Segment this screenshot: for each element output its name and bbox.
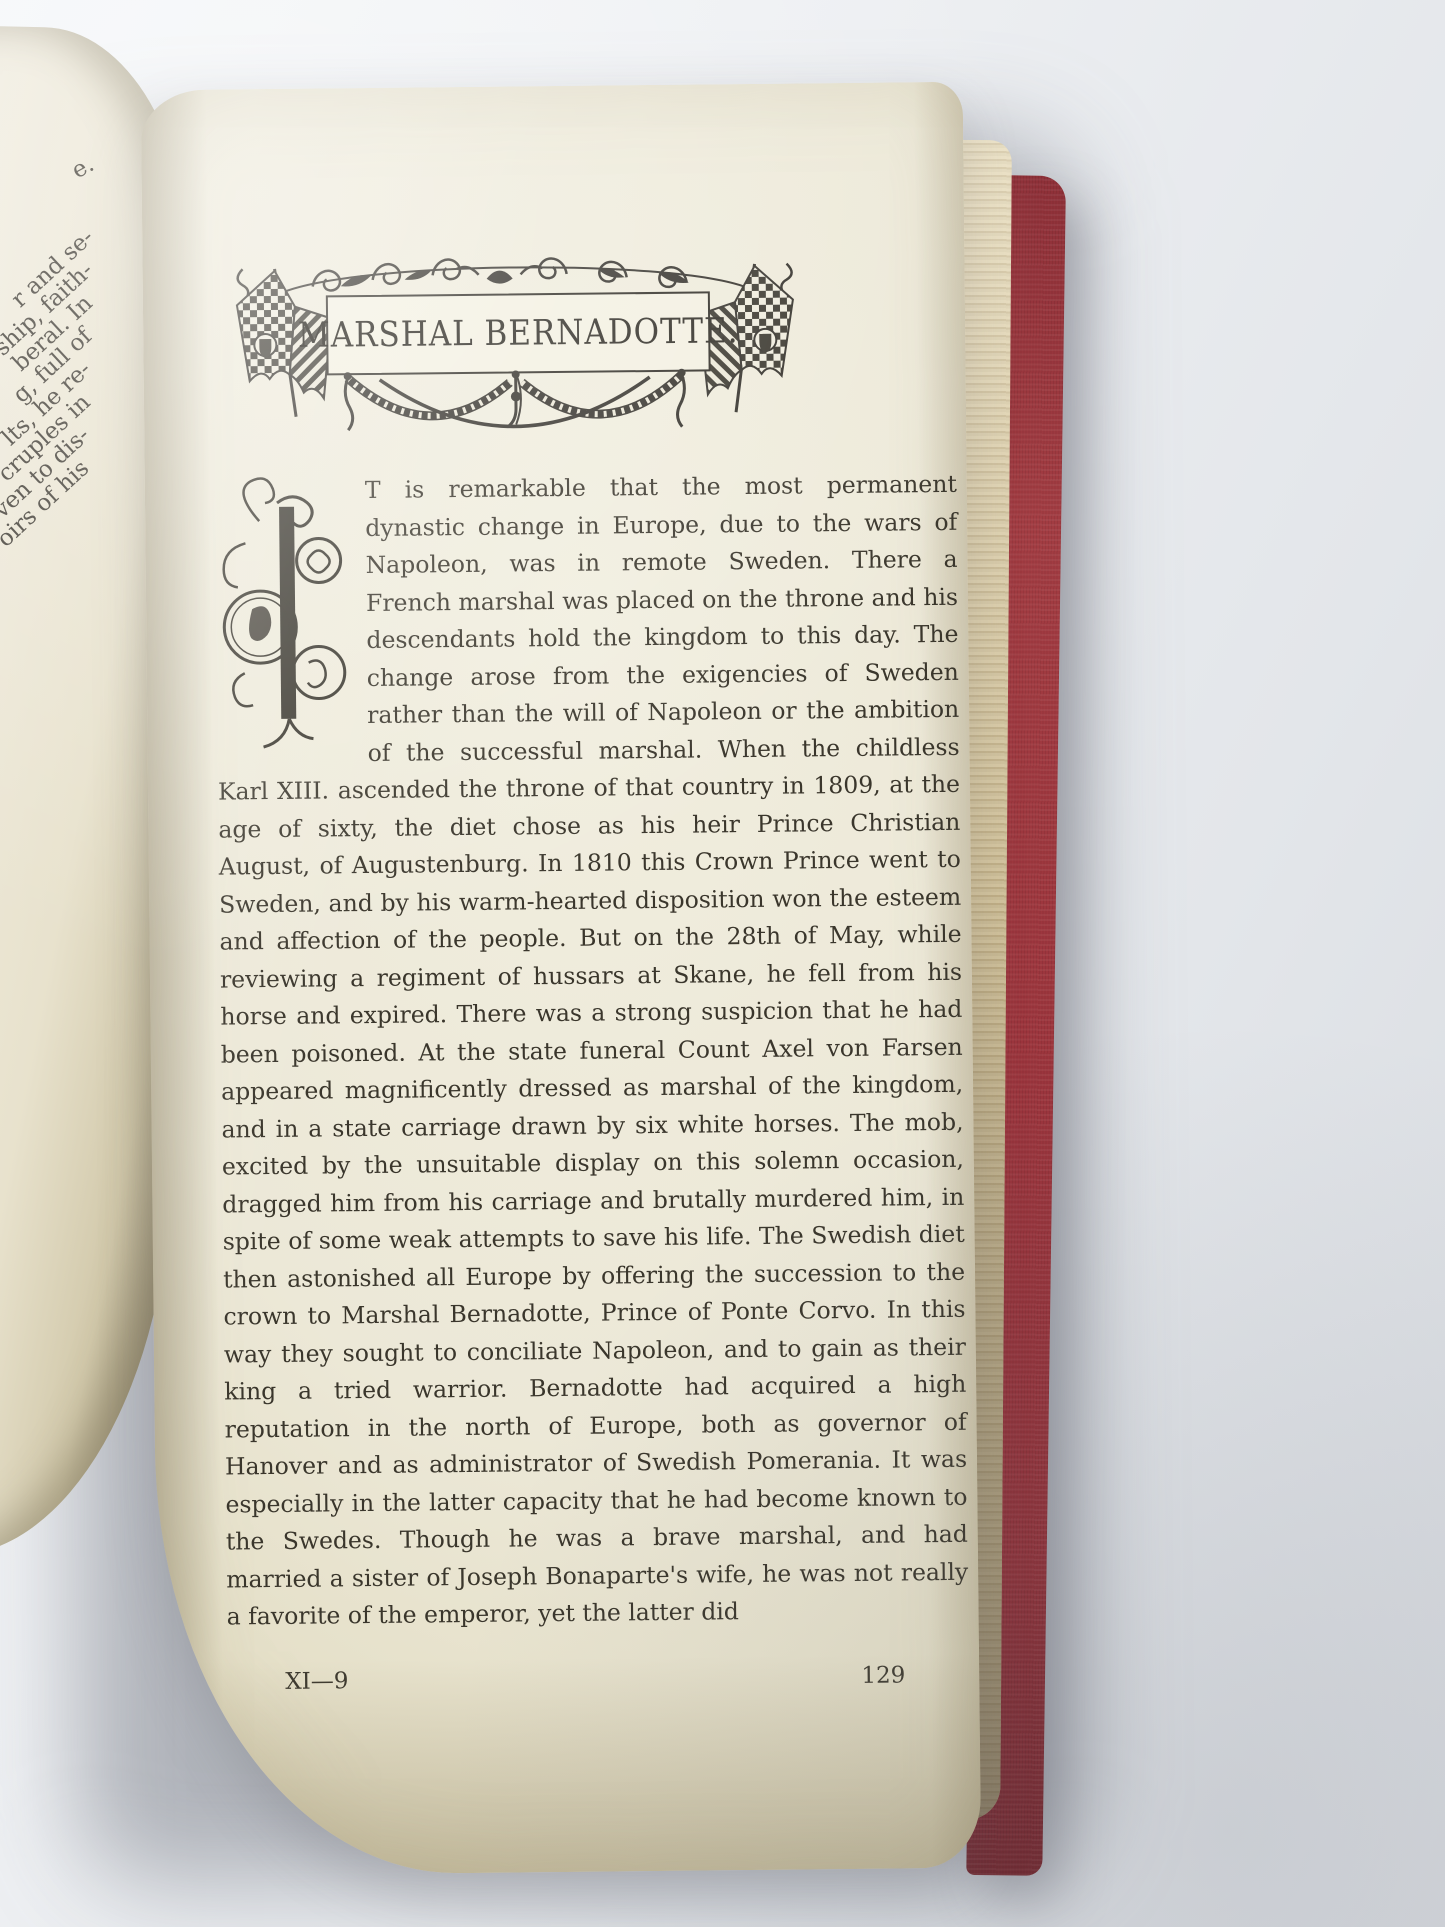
chapter-title: MARSHAL BERNADOTTE. — [327, 288, 710, 379]
chapter-body: T is remarkable that the most permanent … — [215, 466, 970, 1702]
page-footer: XI—9 129 — [227, 1656, 969, 1701]
page-number: 129 — [861, 1657, 905, 1695]
right-page: MARSHAL BERNADOTTE. — [141, 82, 982, 1877]
book-photo: e. r and se- ship, faith- beral. In g, f… — [0, 0, 1445, 1927]
chapter-header-banner: MARSHAL BERNADOTTE. — [228, 241, 802, 445]
drop-cap-illustration — [215, 476, 350, 772]
signature-mark: XI—9 — [285, 1663, 348, 1701]
left-page-text-fragments: e. r and se- ship, faith- beral. In g, f… — [0, 143, 94, 482]
scrollwork-illustration — [286, 256, 742, 290]
